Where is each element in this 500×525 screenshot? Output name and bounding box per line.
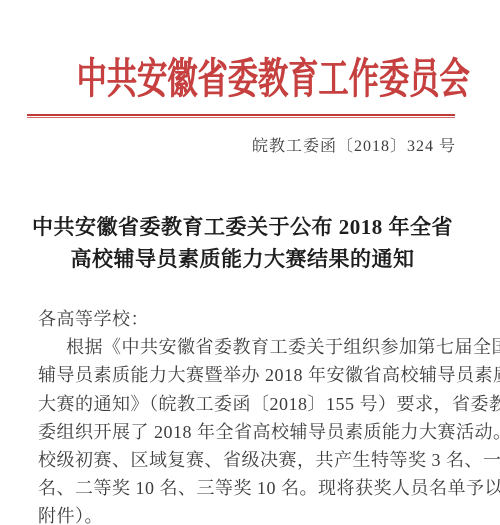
red-divider-thick-line: [27, 114, 455, 116]
paragraph-line: 辅导员素质能力大赛暨举办 2018 年安徽省高校辅导员素质能力: [38, 361, 462, 389]
paragraph-line: 大赛的通知》（皖教工委函〔2018〕155 号）要求，省委教育工: [38, 390, 462, 418]
red-divider-line: [27, 114, 455, 118]
document-title-line-2: 高校辅导员素质能力大赛结果的通知: [25, 243, 460, 275]
paragraph-line: 委组织开展了 2018 年全省高校辅导员素质能力大赛活动。经过: [38, 418, 462, 446]
letterhead: 中共安徽省委教育工作委员会: [0, 56, 490, 104]
document-reference-number: 皖教工委函〔2018〕324 号: [252, 136, 456, 158]
paragraph-line: 名、二等奖 10 名、三等奖 10 名。现将获奖人员名单予以公布（见: [38, 474, 462, 502]
document-title-line-1: 中共安徽省委教育工委关于公布 2018 年全省: [25, 211, 460, 243]
paragraph-line: 根据《中共安徽省委教育工委关于组织参加第七届全国高校: [38, 333, 462, 361]
document-title: 中共安徽省委教育工委关于公布 2018 年全省 高校辅导员素质能力大赛结果的通知: [25, 211, 460, 275]
document-body: 各高等学校： 根据《中共安徽省委教育工委关于组织参加第七届全国高校 辅导员素质能…: [38, 305, 462, 525]
salutation: 各高等学校：: [38, 305, 462, 333]
red-divider-thin-line: [27, 117, 455, 118]
official-document-page: 中共安徽省委教育工作委员会 皖教工委函〔2018〕324 号 中共安徽省委教育工…: [0, 0, 500, 525]
letterhead-org-name: 中共安徽省委教育工作委员会: [76, 56, 469, 104]
paragraph-line: 附件）。: [38, 502, 462, 525]
paragraph-line: 校级初赛、区域复赛、省级决赛，共产生特等奖 3 名、一等奖 7: [38, 446, 462, 474]
